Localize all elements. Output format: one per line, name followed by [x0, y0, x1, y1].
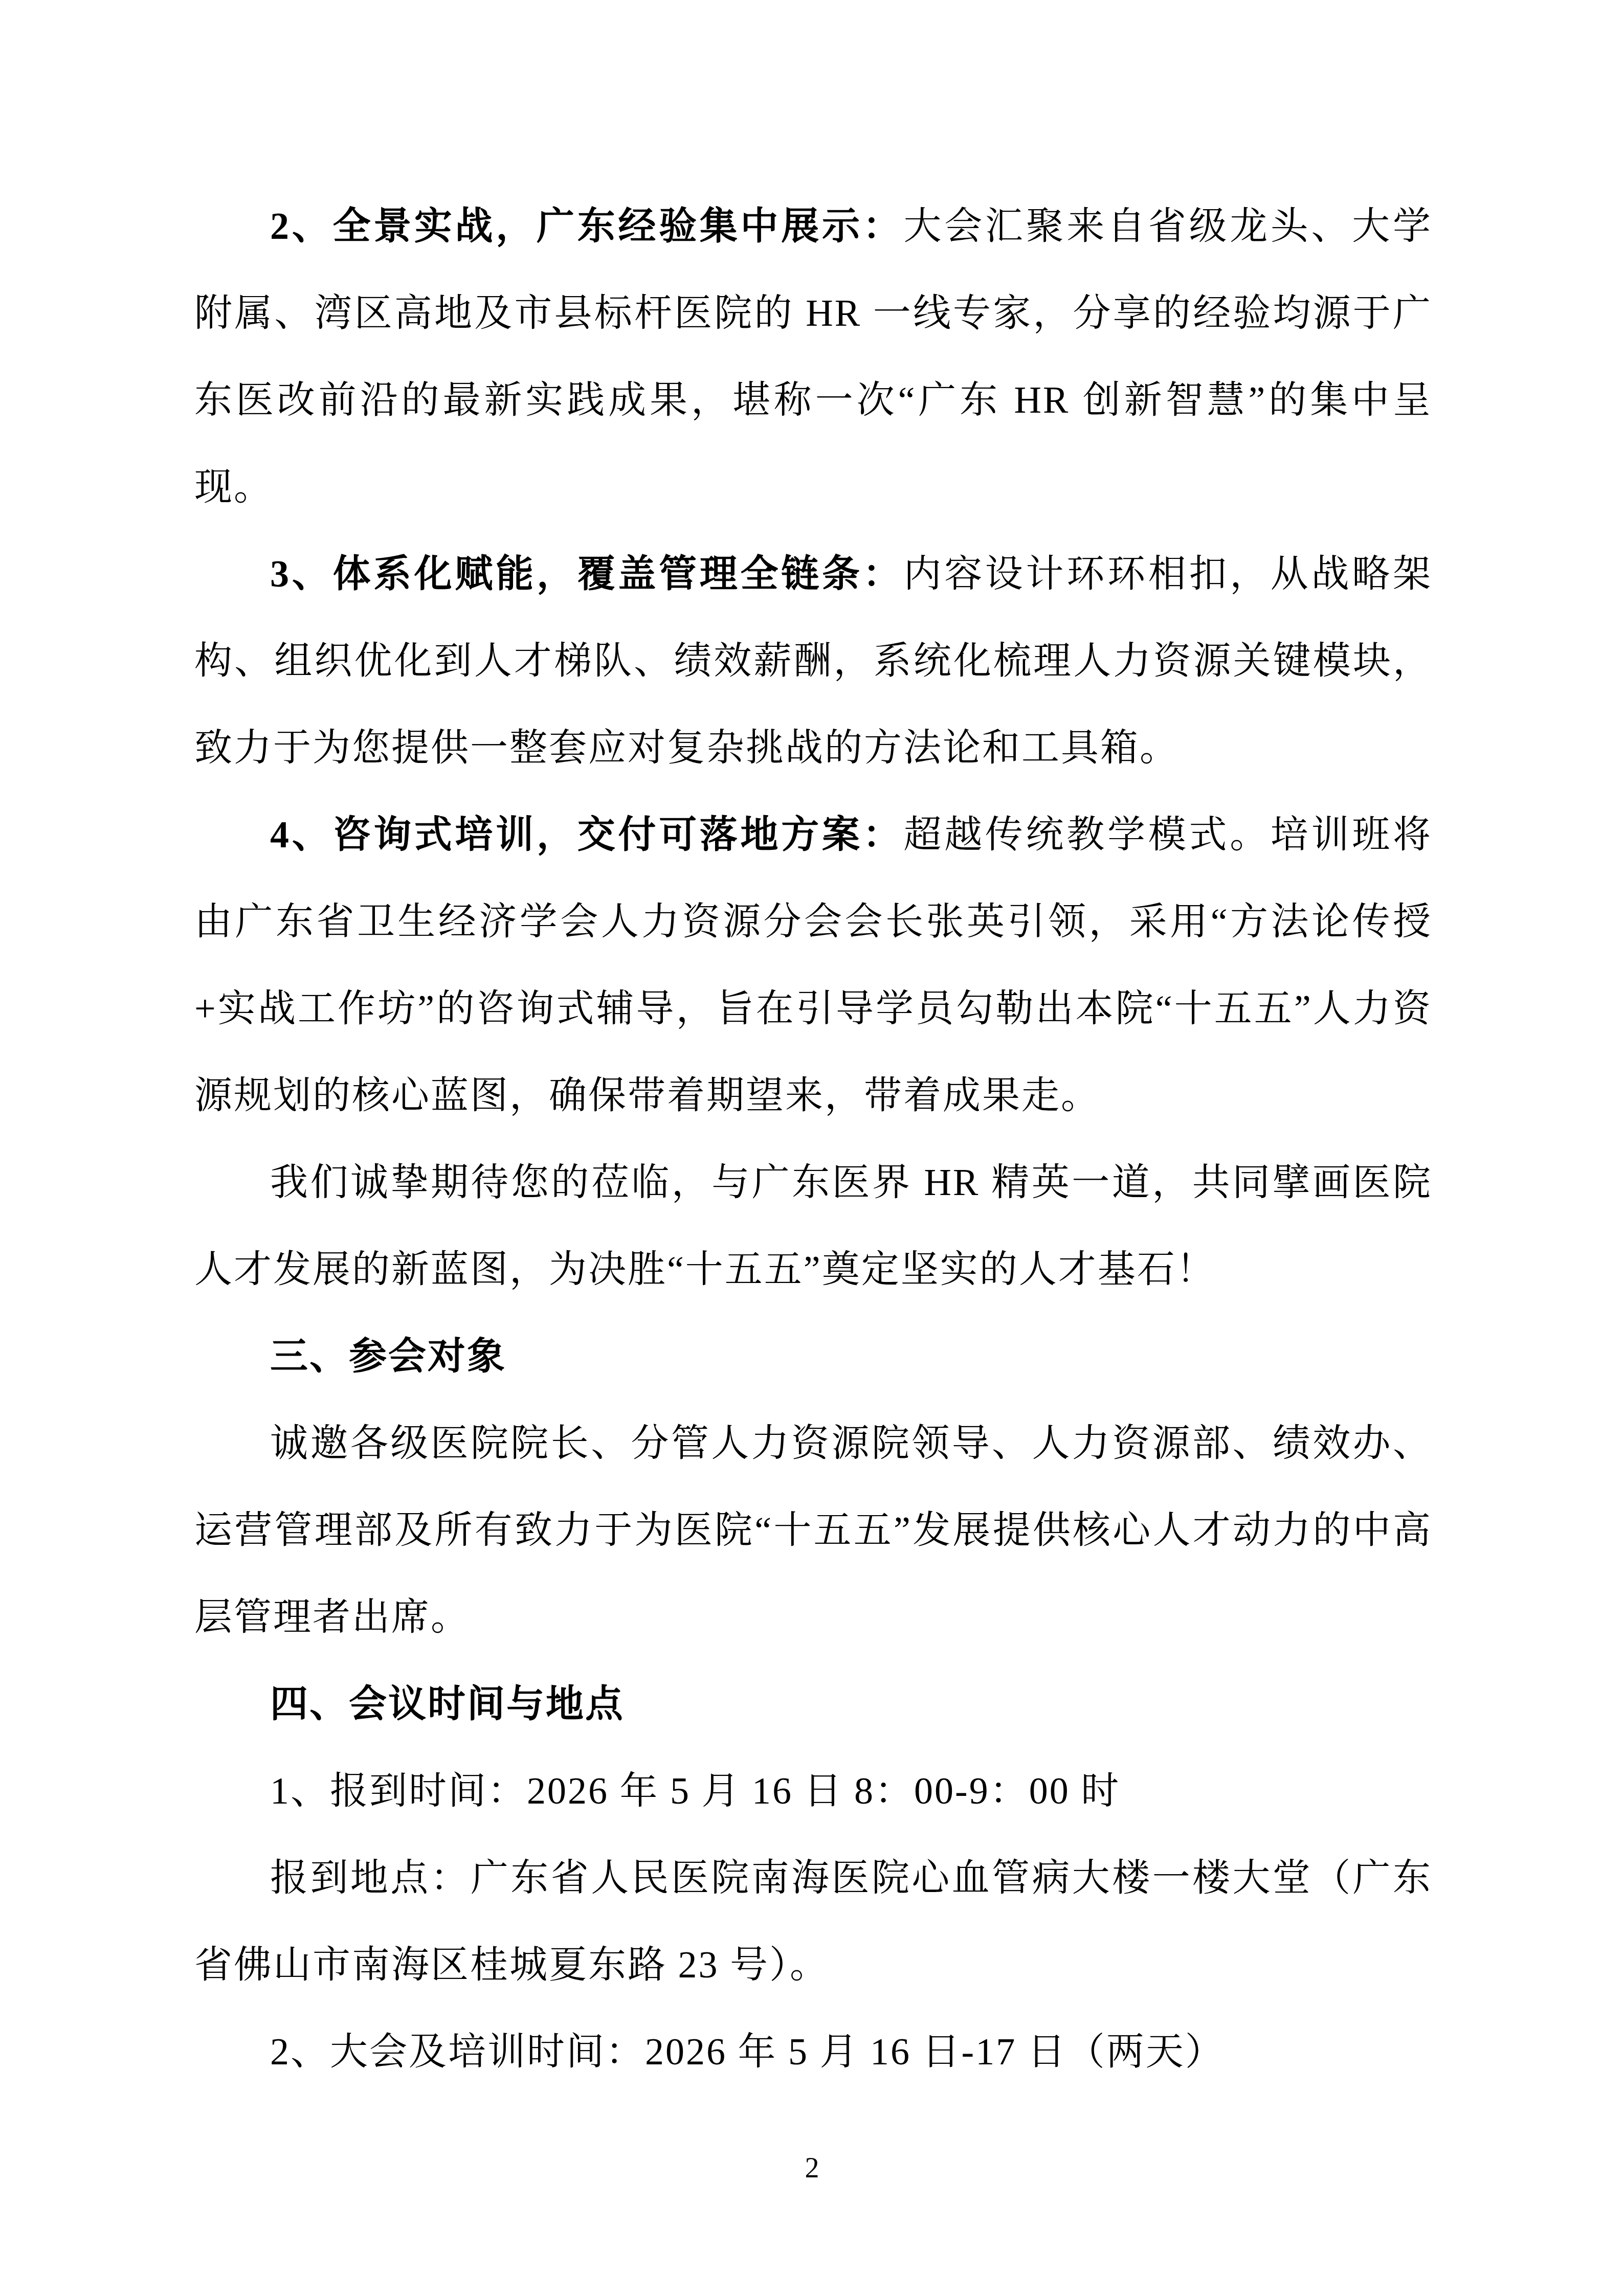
para-feature-4: 4、咨询式培训，交付可落地方案：超越传统教学模式。培训班将由广东省卫生经济学会人…: [194, 792, 1432, 1139]
para-checkin-time: 1、报到时间：2026 年 5 月 16 日 8：00-9：00 时: [194, 1748, 1432, 1835]
para-feature-2-body: 大会汇聚来自省级龙头、大学附属、湾区高地及市县标杆医院的 HR 一线专家，分享的…: [194, 206, 1432, 508]
para-feature-2-lead: 2、全景实战，广东经验集中展示：: [270, 206, 903, 247]
para-feature-4-body: 超越传统教学模式。培训班将由广东省卫生经济学会人力资源分会会长张英引领，采用“方…: [194, 814, 1432, 1117]
document-body: 2、全景实战，广东经验集中展示：大会汇聚来自省级龙头、大学附属、湾区高地及市县标…: [194, 183, 1432, 2096]
para-invitation-body: 我们诚挚期待您的莅临，与广东医界 HR 精英一道，共同擘画医院人才发展的新蓝图，…: [194, 1162, 1432, 1291]
para-feature-3-lead: 3、体系化赋能，覆盖管理全链条：: [270, 553, 903, 595]
document-page: 2、全景实战，广东经验集中展示：大会汇聚来自省级龙头、大学附属、湾区高地及市县标…: [0, 0, 1624, 2296]
para-conference-time: 2、大会及培训时间：2026 年 5 月 16 日-17 日（两天）: [194, 2009, 1432, 2096]
para-invitation: 我们诚挚期待您的莅临，与广东医界 HR 精英一道，共同擘画医院人才发展的新蓝图，…: [194, 1139, 1432, 1313]
para-checkin-time-body: 1、报到时间：2026 年 5 月 16 日 8：00-9：00 时: [270, 1770, 1120, 1812]
page-number: 2: [0, 2150, 1624, 2186]
section-heading-schedule: 四、会议时间与地点: [194, 1661, 1432, 1748]
para-feature-2: 2、全景实战，广东经验集中展示：大会汇聚来自省级龙头、大学附属、湾区高地及市县标…: [194, 183, 1432, 531]
para-feature-3: 3、体系化赋能，覆盖管理全链条：内容设计环环相扣，从战略架构、组织优化到人才梯队…: [194, 531, 1432, 792]
para-conference-time-body: 2、大会及培训时间：2026 年 5 月 16 日-17 日（两天）: [270, 2031, 1225, 2073]
section-heading-attendees: 三、参会对象: [194, 1313, 1432, 1400]
para-feature-4-lead: 4、咨询式培训，交付可落地方案：: [270, 814, 903, 856]
para-checkin-location: 报到地点：广东省人民医院南海医院心血管病大楼一楼大堂（广东省佛山市南海区桂城夏东…: [194, 1835, 1432, 2009]
para-checkin-location-body: 报到地点：广东省人民医院南海医院心血管病大楼一楼大堂（广东省佛山市南海区桂城夏东…: [194, 1857, 1432, 1986]
para-attendees: 诚邀各级医院院长、分管人力资源院领导、人力资源部、绩效办、运营管理部及所有致力于…: [194, 1400, 1432, 1661]
para-attendees-body: 诚邀各级医院院长、分管人力资源院领导、人力资源部、绩效办、运营管理部及所有致力于…: [194, 1423, 1432, 1638]
